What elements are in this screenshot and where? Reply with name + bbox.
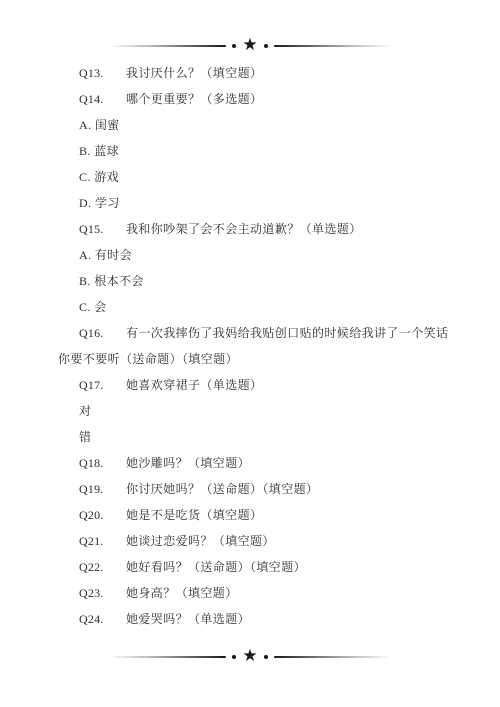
divider-line-left [108,45,226,47]
question-text: 她爱哭吗？（单选题） [126,612,250,626]
divider-dot [232,655,236,659]
divider-dot [232,44,236,48]
option-line: 对 [0,398,500,424]
question-number: Q13. [79,60,126,86]
question-line: Q23.她身高？（填空题） [0,580,500,606]
divider-line-right [274,45,392,47]
option-line: C. 游戏 [0,164,500,190]
line-text: A. 有时会 [79,248,132,262]
question-line: Q13.我讨厌什么？（填空题） [0,60,500,86]
question-number: Q14. [79,86,126,112]
question-number: Q17. [79,372,126,398]
question-text: 她好看吗？（送命题）（填空题） [126,560,306,574]
question-line: Q14.哪个更重要？（多选题） [0,86,500,112]
divider-line-right [274,656,392,658]
option-line: B. 根本不会 [0,268,500,294]
option-line: A. 有时会 [0,242,500,268]
question-line: Q16.有一次我摔伤了我妈给我贴创口贴的时候给我讲了一个笑话 [0,320,500,346]
option-line: A. 闺蜜 [0,112,500,138]
question-text: 她是不是吃货（填空题） [126,508,262,522]
question-line: Q18.她沙雕吗？（填空题） [0,450,500,476]
question-text: 哪个更重要？（多选题） [126,92,262,106]
divider-dot [264,44,268,48]
option-line: B. 蓝球 [0,138,500,164]
question-text: 她沙雕吗？（填空题） [126,456,250,470]
question-line: Q24.她爱哭吗？（单选题） [0,606,500,632]
question-number: Q24. [79,606,126,632]
line-text: 你要不要听（送命题）（填空题） [58,352,238,366]
line-text: B. 根本不会 [79,274,144,288]
question-number: Q15. [79,216,126,242]
question-text: 她喜欢穿裙子（单选题） [126,378,262,392]
question-text: 她谈过恋爱吗？（填空题） [126,534,275,548]
line-text: B. 蓝球 [79,144,119,158]
top-divider: ★ [108,37,392,54]
question-number: Q21. [79,528,126,554]
line-text: C. 游戏 [79,170,119,184]
question-number: Q20. [79,502,126,528]
question-line: Q21.她谈过恋爱吗？（填空题） [0,528,500,554]
question-text: 有一次我摔伤了我妈给我贴创口贴的时候给我讲了一个笑话 [126,326,448,340]
question-text: 我和你吵架了会不会主动道歉？（单选题） [126,222,362,236]
question-number: Q18. [79,450,126,476]
bottom-divider: ★ [108,648,392,665]
question-line: Q20.她是不是吃货（填空题） [0,502,500,528]
question-number: Q22. [79,554,126,580]
question-line: Q17.她喜欢穿裙子（单选题） [0,372,500,398]
line-text: A. 闺蜜 [79,118,120,132]
question-list: Q13.我讨厌什么？（填空题）Q14.哪个更重要？（多选题）A. 闺蜜B. 蓝球… [0,60,500,632]
page: ★ Q13.我讨厌什么？（填空题）Q14.哪个更重要？（多选题）A. 闺蜜B. … [0,0,500,707]
line-text: C. 会 [79,300,107,314]
question-number: Q19. [79,476,126,502]
question-number: Q23. [79,580,126,606]
continuation-line: 你要不要听（送命题）（填空题） [0,346,500,372]
star-icon: ★ [242,648,257,665]
question-text: 我讨厌什么？（填空题） [126,66,262,80]
question-line: Q15.我和你吵架了会不会主动道歉？（单选题） [0,216,500,242]
line-text: 错 [79,430,91,444]
question-number: Q16. [79,320,126,346]
question-line: Q19.你讨厌她吗？（送命题）（填空题） [0,476,500,502]
option-line: 错 [0,424,500,450]
question-text: 她身高？（填空题） [126,586,238,600]
question-text: 你讨厌她吗？（送命题）（填空题） [126,482,318,496]
divider-line-left [108,656,226,658]
line-text: D. 学习 [79,196,120,210]
divider-dot [264,655,268,659]
option-line: C. 会 [0,294,500,320]
line-text: 对 [79,404,91,418]
option-line: D. 学习 [0,190,500,216]
question-line: Q22.她好看吗？（送命题）（填空题） [0,554,500,580]
star-icon: ★ [242,37,257,54]
